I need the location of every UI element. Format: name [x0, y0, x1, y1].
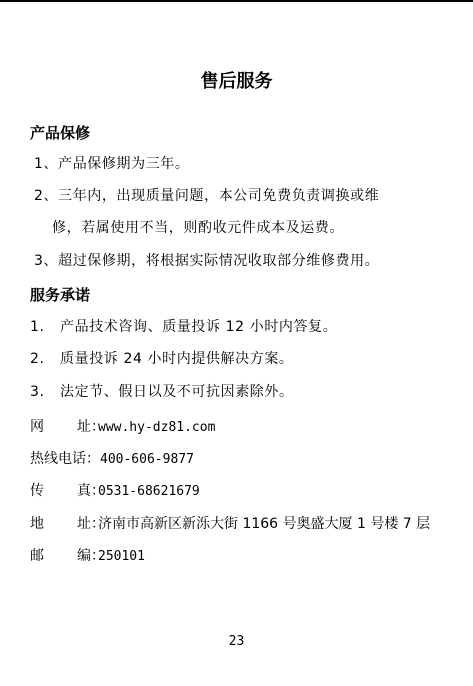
warranty-item-1: 1、产品保修期为三年。 — [34, 153, 190, 173]
item-number: 2. — [30, 351, 60, 367]
page-number: 23 — [0, 634, 473, 649]
item-number: 2、 — [34, 185, 58, 205]
contact-website: 网址：www.hy-dz81.com — [30, 416, 215, 436]
warranty-heading: 产品保修 — [30, 122, 90, 143]
item-text: 产品保修期为三年。 — [58, 156, 189, 172]
website-value[interactable]: www.hy-dz81.com — [98, 420, 215, 435]
item-number: 3、 — [34, 250, 58, 270]
contact-fax: 传真：0531-68621679 — [30, 480, 200, 500]
postcode-label: 邮编： — [30, 545, 98, 565]
contact-address: 地址：济南市高新区新泺大街 1166 号奥盛大厦 1 号楼 7 层 — [30, 513, 430, 533]
postcode-value: 250101 — [98, 549, 145, 564]
item-text: 质量投诉 24 小时内提供解决方案。 — [60, 351, 294, 367]
item-text: 产品技术咨询、质量投诉 12 小时内答复。 — [60, 319, 337, 335]
promise-item-3: 3.法定节、假日以及不可抗因素除外。 — [30, 381, 294, 401]
warranty-item-2: 2、三年内，出现质量问题，本公司免费负责调换或维 — [34, 185, 379, 205]
hotline-value: 400-606-9877 — [100, 452, 194, 467]
item-number: 1、 — [34, 153, 58, 173]
contact-postcode: 邮编：250101 — [30, 545, 145, 565]
contact-hotline: 热线电话：400-606-9877 — [30, 448, 194, 468]
item-number: 1. — [30, 319, 60, 335]
address-value: 济南市高新区新泺大街 1166 号奥盛大厦 1 号楼 7 层 — [98, 516, 430, 532]
promise-item-2: 2.质量投诉 24 小时内提供解决方案。 — [30, 348, 294, 368]
website-label: 网址： — [30, 416, 98, 436]
fax-label: 传真： — [30, 480, 98, 500]
top-border-rule — [0, 0, 473, 2]
warranty-item-3: 3、超过保修期，将根据实际情况收取部分维修费用。 — [34, 250, 379, 270]
item-text: 法定节、假日以及不可抗因素除外。 — [60, 384, 294, 400]
promise-heading: 服务承诺 — [30, 284, 90, 305]
item-text: 超过保修期，将根据实际情况收取部分维修费用。 — [58, 253, 379, 269]
item-text: 修，若属使用不当，则酌收元件成本及运费。 — [52, 220, 344, 236]
hotline-label: 热线电话： — [30, 448, 100, 468]
page-title: 售后服务 — [0, 67, 473, 93]
item-number: 3. — [30, 384, 60, 400]
fax-value: 0531-68621679 — [98, 484, 200, 499]
item-text: 三年内，出现质量问题，本公司免费负责调换或维 — [58, 188, 379, 204]
promise-item-1: 1.产品技术咨询、质量投诉 12 小时内答复。 — [30, 316, 337, 336]
address-label: 地址： — [30, 513, 98, 533]
warranty-item-2-continued: 修，若属使用不当，则酌收元件成本及运费。 — [52, 217, 344, 237]
